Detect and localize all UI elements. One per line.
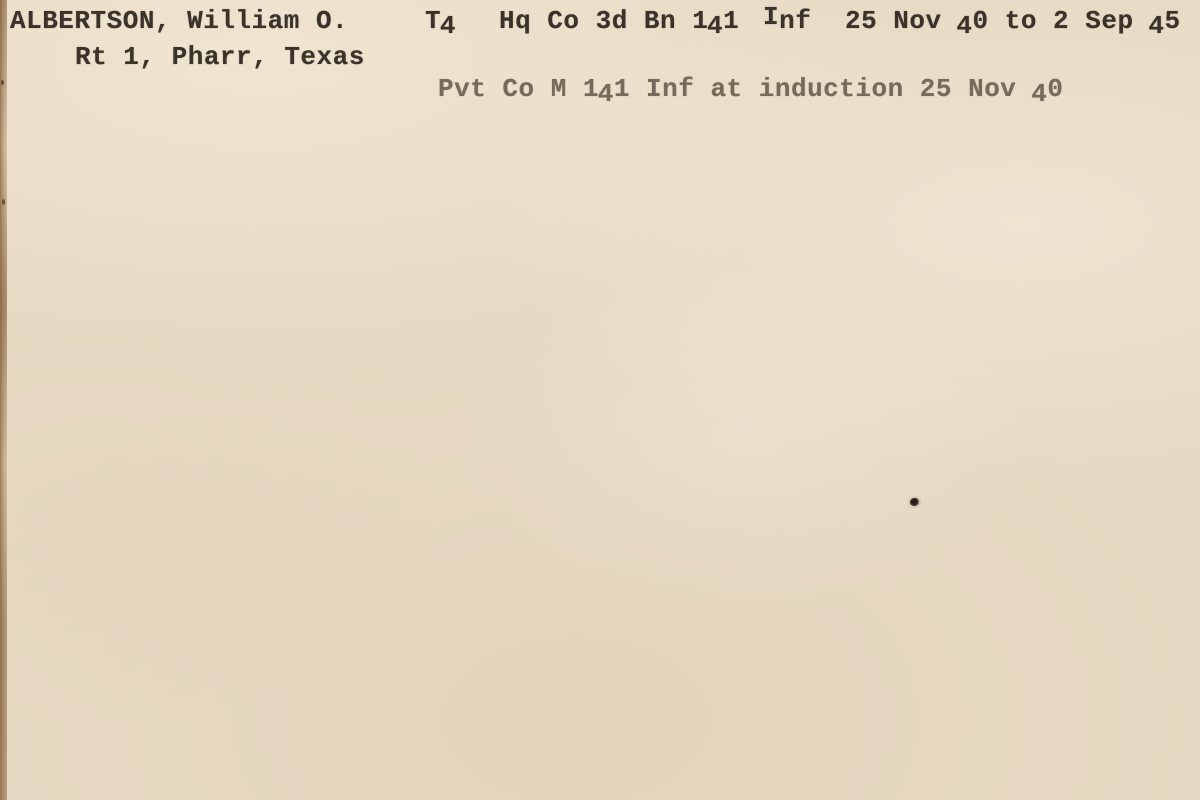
induction-note: Pvt Co M 141 Inf at induction 25 Nov 40 <box>438 74 1063 104</box>
grade: T4 <box>425 6 456 36</box>
unit-assignment: Hq Co 3d Bn 141 <box>499 6 739 36</box>
paper-speck <box>1 80 4 85</box>
record-card: ALBERTSON, William O. T4 Hq Co 3d Bn 141… <box>0 0 1200 800</box>
branch: Inf <box>763 6 811 36</box>
paper-edge <box>0 0 7 800</box>
service-dates: 25 Nov 40 to 2 Sep 45 <box>845 6 1181 36</box>
ink-dot <box>910 498 919 506</box>
home-address: Rt 1, Pharr, Texas <box>75 42 365 72</box>
paper-speck <box>2 199 5 205</box>
service-member-name: ALBERTSON, William O. <box>10 6 348 36</box>
